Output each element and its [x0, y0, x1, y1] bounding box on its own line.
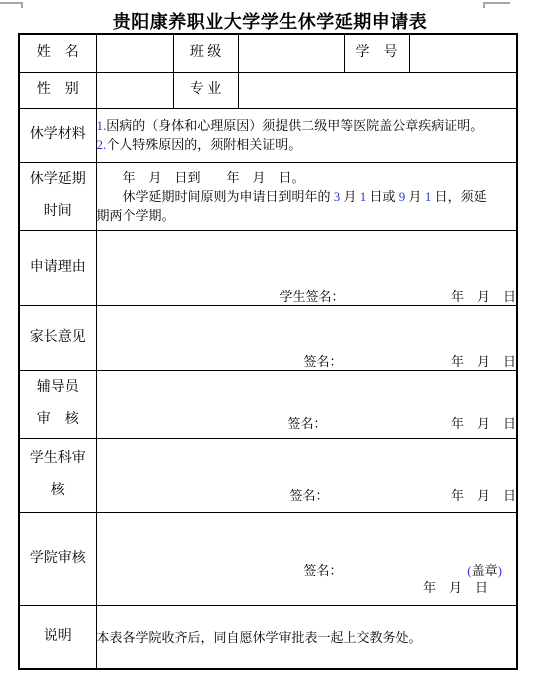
student-section-signature-label: 签名： [290, 485, 329, 504]
page-corner-mark-right-horizontal [483, 2, 510, 4]
student-section-content-cell[interactable]: 签名： 年 月 日 [96, 438, 517, 512]
deferral-time-content-cell[interactable]: 年 月 日到 年 月 日。 休学延期时间原则为申请日到明年的 3 月 1 日或 … [96, 162, 517, 230]
college-review-label: 学院审核 [19, 512, 96, 605]
college-date-placeholder: 年 月 日 [97, 579, 503, 597]
notes-text: 本表各学院收齐后，同自愿休学审批表一起上交教务处。 [97, 630, 422, 645]
page-corner-mark-left-horizontal [0, 2, 23, 4]
apply-reason-date-placeholder: 年 月 日 [451, 286, 516, 305]
deferral-rule-text-5: 日，须延 [431, 189, 486, 204]
college-seal-note: (盖章) [467, 560, 502, 579]
parent-opinion-label: 家长意见 [19, 305, 96, 370]
major-label: 专 业 [173, 72, 238, 108]
materials-label: 休学材料 [19, 108, 96, 162]
student-section-label-line2: 核 [20, 475, 96, 507]
major-input-cell[interactable] [238, 72, 517, 108]
materials-item2-number: 2. [97, 137, 107, 152]
deferral-rule-text-2: 月 [340, 189, 360, 204]
notes-label: 说明 [19, 605, 96, 669]
counselor-review-label-line1: 辅导员 [20, 372, 96, 404]
deferral-rule-text-4: 月 [405, 189, 425, 204]
counselor-signature-line: 签名： 年 月 日 [97, 413, 517, 432]
deferral-time-label: 休学延期 时间 [19, 162, 96, 230]
student-section-date-placeholder: 年 月 日 [451, 485, 516, 504]
document-page: 贵阳康养职业大学学生休学延期申请表 姓 名 班 级 学 号 性 别 专 业 休学… [0, 0, 540, 694]
parent-opinion-content-cell[interactable]: 签名： 年 月 日 [96, 305, 517, 370]
college-review-content-cell[interactable]: 签名： (盖章) 年 月 日 [96, 512, 517, 605]
student-id-input-cell[interactable] [409, 34, 517, 72]
materials-item2-text: 个人特殊原因的，须附相关证明。 [106, 137, 301, 152]
student-section-signature-line: 签名： 年 月 日 [97, 485, 517, 504]
deferral-date-range-line: 年 月 日到 年 月 日。 [97, 168, 517, 187]
deferral-rule-text-1: 休学延期时间原则为申请日到明年的 [97, 189, 334, 204]
deferral-time-label-line2: 时间 [20, 196, 96, 228]
gender-label: 性 别 [19, 72, 96, 108]
materials-item-2: 2.个人特殊原因的，须附相关证明。 [97, 135, 517, 154]
seal-paren-close: ) [498, 563, 502, 578]
materials-item-1: 1.因病的（身体和心理原因）须提供二级甲等医院盖公章疾病证明。 [97, 116, 517, 135]
name-label: 姓 名 [19, 34, 96, 72]
name-input-cell[interactable] [96, 34, 173, 72]
student-signature-label: 学生签名： [280, 286, 345, 305]
counselor-review-content-cell[interactable]: 签名： 年 月 日 [96, 370, 517, 438]
parent-signature-label: 签名： [304, 351, 343, 370]
college-signature-line: 签名： (盖章) [97, 560, 503, 579]
counselor-date-placeholder: 年 月 日 [451, 413, 516, 432]
student-section-label-line1: 学生科审 [20, 443, 96, 475]
college-signature-label: 签名： [304, 560, 343, 579]
deferral-time-label-line1: 休学延期 [20, 164, 96, 196]
student-section-review-label: 学生科审 核 [19, 438, 96, 512]
class-input-cell[interactable] [238, 34, 344, 72]
counselor-review-label-line2: 审 核 [20, 404, 96, 436]
class-label: 班 级 [173, 34, 238, 72]
materials-content-cell: 1.因病的（身体和心理原因）须提供二级甲等医院盖公章疾病证明。 2.个人特殊原因… [96, 108, 517, 162]
apply-reason-content-cell[interactable]: 学生签名： 年 月 日 [96, 230, 517, 305]
counselor-review-label: 辅导员 审 核 [19, 370, 96, 438]
deferral-rule-line: 休学延期时间原则为申请日到明年的 3 月 1 日或 9 月 1 日，须延 [97, 187, 517, 206]
counselor-signature-label: 签名： [288, 413, 327, 432]
notes-content-cell: 本表各学院收齐后，同自愿休学审批表一起上交教务处。 [96, 605, 517, 669]
student-id-label: 学 号 [344, 34, 409, 72]
apply-reason-label: 申请理由 [19, 230, 96, 305]
deferral-rule-wrap-line: 期两个学期。 [97, 206, 517, 225]
deferral-rule-text-3: 日或 [366, 189, 399, 204]
application-form-table: 姓 名 班 级 学 号 性 别 专 业 休学材料 1.因病的（身体和心理原因）须… [18, 33, 518, 670]
gender-input-cell[interactable] [96, 72, 173, 108]
seal-text: 盖章 [472, 563, 498, 578]
parent-opinion-date-placeholder: 年 月 日 [451, 351, 516, 370]
materials-item1-number: 1. [97, 118, 107, 133]
apply-reason-signature-line: 学生签名： 年 月 日 [97, 286, 517, 305]
form-title: 贵阳康养职业大学学生休学延期申请表 [0, 8, 540, 34]
parent-opinion-signature-line: 签名： 年 月 日 [97, 351, 517, 370]
materials-item1-text: 因病的（身体和心理原因）须提供二级甲等医院盖公章疾病证明。 [106, 118, 483, 133]
